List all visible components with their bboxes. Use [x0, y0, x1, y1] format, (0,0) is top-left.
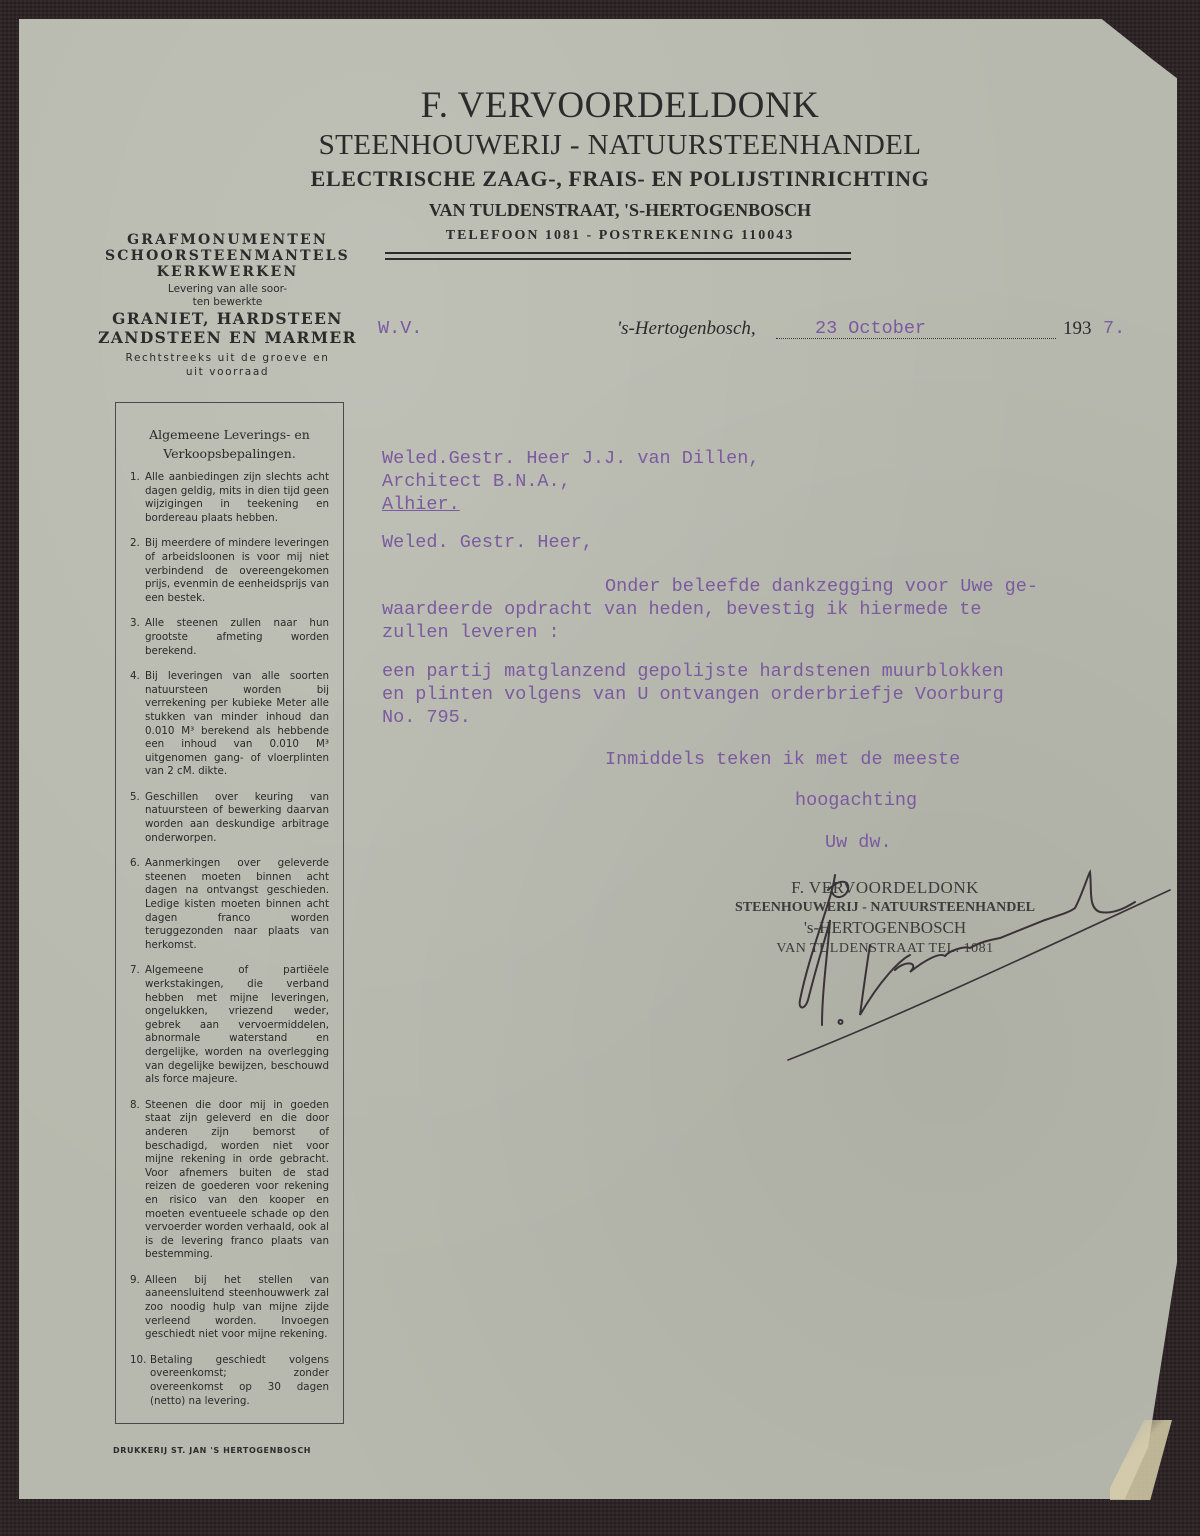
- term-number: 7.: [130, 964, 145, 1086]
- term-item: 4.Bij leveringen van alle soorten natuur…: [130, 670, 329, 779]
- term-text: Betaling geschiedt volgens overeenkomst;…: [150, 1354, 329, 1408]
- term-number: 5.: [130, 791, 145, 845]
- term-number: 2.: [130, 537, 145, 605]
- recipient-line: Weled.Gestr. Heer J.J. van Dillen,: [382, 448, 759, 469]
- closing-line: Uw dw.: [825, 832, 892, 853]
- sidebar-materials: ZANDSTEEN EN MARMER: [85, 328, 370, 347]
- body-line: zullen leveren :: [382, 622, 560, 643]
- closing-line: Inmiddels teken ik met de meeste: [605, 749, 960, 770]
- terms-title-line: Verkoopsbepalingen.: [126, 444, 333, 463]
- body-line: en plinten volgens van U ontvangen order…: [382, 684, 1004, 705]
- signature-icon: [770, 860, 1190, 1080]
- term-text: Aanmerkingen over geleverde steenen moet…: [145, 857, 329, 952]
- body-line: waardeerde opdracht van heden, bevestig …: [382, 599, 982, 620]
- company-address: VAN TULDENSTRAAT, 'S-HERTOGENBOSCH: [0, 200, 1200, 221]
- term-number: 1.: [130, 471, 145, 525]
- term-text: Alleen bij het stellen van aaneensluiten…: [145, 1274, 329, 1342]
- body-line: Onder beleefde dankzegging voor Uwe ge-: [605, 576, 1038, 597]
- term-number: 8.: [130, 1099, 145, 1262]
- closing-line: hoogachting: [795, 790, 917, 811]
- term-text: Alle aanbiedingen zijn slechts acht dage…: [145, 471, 329, 525]
- term-number: 3.: [130, 617, 145, 658]
- company-trade: STEENHOUWERIJ - NATUURSTEENHANDEL: [0, 129, 1200, 162]
- term-text: Bij leveringen van alle soorten natuurst…: [145, 670, 329, 779]
- term-number: 4.: [130, 670, 145, 779]
- term-text: Alle steenen zullen naar hun grootste af…: [145, 617, 329, 658]
- term-text: Steenen die door mij in goeden staat zij…: [145, 1099, 329, 1262]
- term-item: 10.Betaling geschiedt volgens overeenkom…: [130, 1354, 329, 1408]
- term-item: 8.Steenen die door mij in goeden staat z…: [130, 1099, 329, 1262]
- sidebar-heading: KERKWERKEN: [85, 264, 370, 280]
- body-line: No. 795.: [382, 707, 471, 728]
- term-item: 5.Geschillen over keuring van natuurstee…: [130, 791, 329, 845]
- term-item: 2.Bij meerdere of mindere leveringen of …: [130, 537, 329, 605]
- term-item: 7.Algemeene of partiëele werkstakingen, …: [130, 964, 329, 1086]
- letterhead-double-rule: [385, 252, 851, 260]
- terms-box: Algemeene Leverings- en Verkoopsbepaling…: [115, 402, 344, 1424]
- term-number: 6.: [130, 857, 145, 952]
- recipient-line: Architect B.N.A.,: [382, 471, 571, 492]
- sidebar-products: GRAFMONUMENTEN SCHOORSTEENMANTELS KERKWE…: [85, 232, 370, 379]
- term-item: 1.Alle aanbiedingen zijn slechts acht da…: [130, 471, 329, 525]
- sidebar-source: uit voorraad: [85, 365, 370, 379]
- term-number: 10.: [130, 1354, 150, 1408]
- term-text: Geschillen over keuring van natuursteen …: [145, 791, 329, 845]
- sidebar-note: Levering van alle soor-: [85, 283, 370, 296]
- sidebar-materials: GRANIET, HARDSTEEN: [85, 309, 370, 328]
- term-text: Algemeene of partiëele werkstakingen, di…: [145, 964, 329, 1086]
- sidebar-heading: GRAFMONUMENTEN: [85, 232, 370, 248]
- term-item: 6.Aanmerkingen over geleverde steenen mo…: [130, 857, 329, 952]
- sidebar-source: Rechtstreeks uit de groeve en: [85, 351, 370, 365]
- company-services: ELECTRISCHE ZAAG-, FRAIS- EN POLIJSTINRI…: [0, 166, 1200, 192]
- year-typed: 7.: [1103, 318, 1125, 339]
- year-printed: 193: [1063, 318, 1092, 340]
- recipient-line: Alhier.: [382, 494, 460, 515]
- term-text: Bij meerdere of mindere leveringen of ar…: [145, 537, 329, 605]
- term-item: 3.Alle steenen zullen naar hun grootste …: [130, 617, 329, 658]
- term-item: 9.Alleen bij het stellen van aaneensluit…: [130, 1274, 329, 1342]
- terms-title: Algemeene Leverings- en Verkoopsbepaling…: [126, 425, 333, 463]
- place-label: 's-Hertogenbosch,: [617, 318, 756, 340]
- reference-initials: W.V.: [378, 318, 422, 339]
- date-typed: 23 October: [815, 318, 926, 339]
- sidebar-note: ten bewerkte: [85, 296, 370, 309]
- terms-title-line: Algemeene Leverings- en: [126, 425, 333, 444]
- term-number: 9.: [130, 1274, 145, 1342]
- sidebar-heading: SCHOORSTEENMANTELS: [85, 248, 370, 264]
- printer-credit: DRUKKERIJ ST. JAN 'S HERTOGENBOSCH: [113, 1446, 311, 1455]
- body-line: een partij matglanzend gepolijste hardst…: [382, 661, 1004, 682]
- company-name: F. VERVOORDELDONK: [0, 84, 1200, 127]
- salutation: Weled. Gestr. Heer,: [382, 532, 593, 553]
